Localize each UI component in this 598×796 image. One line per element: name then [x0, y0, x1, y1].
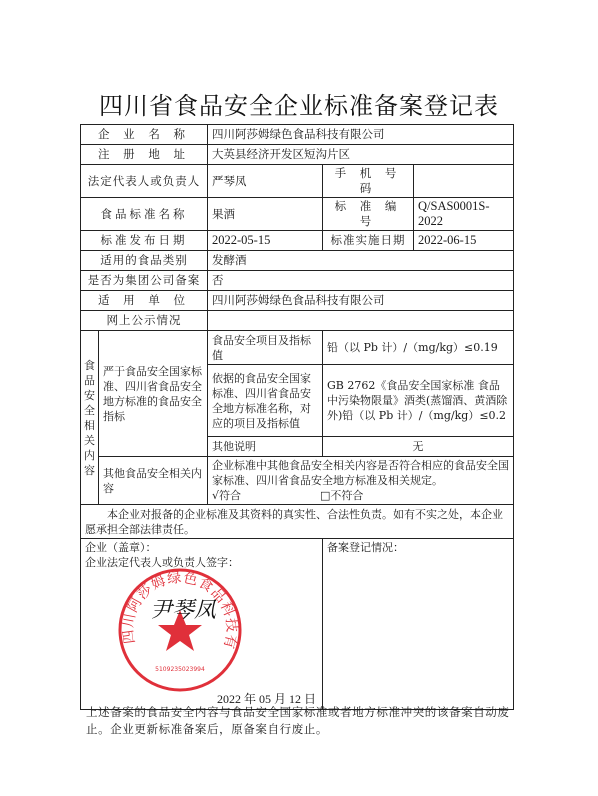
row-category: 适用的食品类别 发酵酒: [81, 251, 514, 271]
footer-note: 上述备案的食品安全内容与食品安全国家标准或者地方标准冲突的该备案自动废止。企业更…: [86, 704, 516, 738]
company-seal-icon: 四川阿莎姆绿色食品科技有限公司 5109235023994 尹琴凤: [115, 565, 245, 695]
row-safety-item: 食品 安全 相关 内容 严于食品安全国家标准、四川省食品安全地方标准的食品安全指…: [81, 331, 514, 365]
legal-rep-label: 法定代表人或负责人: [81, 165, 208, 198]
option-compliant[interactable]: √符合: [212, 489, 241, 502]
declaration-text: 本企业对报备的企业标准及其资料的真实性、合法性负责。如有不实之处，本企业愿承担全…: [81, 505, 514, 539]
row-signature: 企业（盖章）： 企业法定代表人或负责人签字： 四川阿莎姆绿色食品科技有限公司 5…: [81, 539, 514, 710]
row-company-name: 企 业 名 称 四川阿莎姆绿色食品科技有限公司: [81, 125, 514, 145]
registration-area: 备案登记情况：: [323, 539, 514, 710]
standard-name-label: 食品标准名称: [81, 198, 208, 231]
standard-name-value: 果酒: [208, 198, 323, 231]
other-content-cell: 企业标准中其他食品安全相关内容是否符合相应的食品安全国家标准、四川省食品安全地方…: [208, 457, 514, 505]
group-filing-value: 否: [208, 271, 514, 291]
online-publicity-value: [208, 311, 514, 331]
category-value: 发酵酒: [208, 251, 514, 271]
phone-value: [414, 165, 514, 198]
safety-item-label: 食品安全项目及指标值: [208, 331, 323, 365]
publish-date-value: 2022-05-15: [208, 231, 323, 251]
row-declaration: 本企业对报备的企业标准及其资料的真实性、合法性负责。如有不实之处，本企业愿承担全…: [81, 505, 514, 539]
company-name-label: 企 业 名 称: [81, 125, 208, 145]
registration-table: 企 业 名 称 四川阿莎姆绿色食品科技有限公司 注 册 地 址 大英县经济开发区…: [80, 124, 514, 710]
other-content-text: 企业标准中其他食品安全相关内容是否符合相应的食品安全国家标准、四川省食品安全地方…: [212, 458, 509, 488]
row-legal-rep: 法定代表人或负责人 严琴凤 手 机 号 码: [81, 165, 514, 198]
address-label: 注 册 地 址: [81, 145, 208, 165]
option-non-compliant[interactable]: □不符合: [320, 489, 363, 502]
standard-no-value: Q/SAS0001S-2022: [414, 198, 514, 231]
row-online-publicity: 网上公示情况: [81, 311, 514, 331]
publish-date-label: 标准发布日期: [81, 231, 208, 251]
safety-item-value: 铅（以 Pb 计）/（mg/kg）≤0.19: [323, 331, 514, 365]
category-label: 适用的食品类别: [81, 251, 208, 271]
row-standard-name: 食品标准名称 果酒 标 准 编 号 Q/SAS0001S-2022: [81, 198, 514, 231]
basis-value: GB 2762《食品安全国家标准 食品中污染物限量》酒类(蒸馏酒、黄酒除外)铅（…: [323, 365, 514, 437]
address-value: 大英县经济开发区短沟片区: [208, 145, 514, 165]
handwritten-signature: 尹琴凤: [150, 598, 217, 623]
safety-side-label: 食品 安全 相关 内容: [81, 331, 99, 505]
online-publicity-label: 网上公示情况: [81, 311, 208, 331]
other-note-label: 其他说明: [208, 437, 323, 457]
other-content-label: 其他食品安全相关内容: [99, 457, 208, 505]
signature-area: 企业（盖章）： 企业法定代表人或负责人签字： 四川阿莎姆绿色食品科技有限公司 5…: [81, 539, 323, 710]
company-name-value: 四川阿莎姆绿色食品科技有限公司: [208, 125, 514, 145]
effective-date-value: 2022-06-15: [414, 231, 514, 251]
document-title: 四川省食品安全企业标准备案登记表: [0, 86, 598, 121]
legal-rep-value: 严琴凤: [208, 165, 323, 198]
other-note-value: 无: [323, 437, 514, 457]
row-address: 注 册 地 址 大英县经济开发区短沟片区: [81, 145, 514, 165]
row-applicable-unit: 适 用 单 位 四川阿莎姆绿色食品科技有限公司: [81, 291, 514, 311]
row-other-content: 其他食品安全相关内容 企业标准中其他食品安全相关内容是否符合相应的食品安全国家标…: [81, 457, 514, 505]
phone-label: 手 机 号 码: [323, 165, 414, 198]
standard-no-label: 标 准 编 号: [323, 198, 414, 231]
row-dates: 标准发布日期 2022-05-15 标准实施日期 2022-06-15: [81, 231, 514, 251]
svg-text:5109235023994: 5109235023994: [155, 666, 205, 673]
row-group-filing: 是否为集团公司备案 否: [81, 271, 514, 291]
applicable-unit-value: 四川阿莎姆绿色食品科技有限公司: [208, 291, 514, 311]
registration-label: 备案登记情况：: [327, 540, 509, 555]
company-seal-label: 企业（盖章）：: [85, 540, 318, 555]
effective-date-label: 标准实施日期: [323, 231, 414, 251]
basis-label: 依据的食品安全国家标准、四川省食品安全地方标准名称，对应的项目及指标值: [208, 365, 323, 437]
stricter-indicator-label: 严于食品安全国家标准、四川省食品安全地方标准的食品安全指标: [99, 331, 208, 457]
applicable-unit-label: 适 用 单 位: [81, 291, 208, 311]
group-filing-label: 是否为集团公司备案: [81, 271, 208, 291]
